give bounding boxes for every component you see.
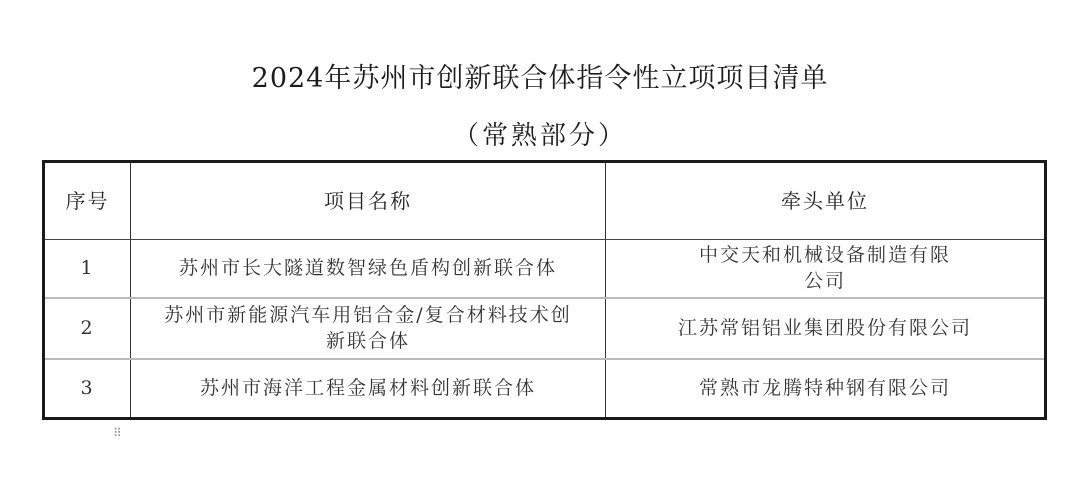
table-row: 1 苏州市长大隧道数智绿色盾构创新联合体 中交天和机械设备制造有限公司 — [44, 240, 1046, 298]
row-lead-unit: 中交天和机械设备制造有限公司 — [606, 240, 1046, 298]
lead-unit-text: 常熟市龙腾特种钢有限公司 — [699, 375, 951, 401]
row-serial-number: 2 — [44, 298, 131, 359]
header-project-name: 项目名称 — [131, 162, 606, 240]
table-row: 3 苏州市海洋工程金属材料创新联合体 常熟市龙腾特种钢有限公司 — [44, 359, 1046, 419]
row-lead-unit: 常熟市龙腾特种钢有限公司 — [606, 359, 1046, 419]
row-serial-number: 3 — [44, 359, 131, 419]
project-name-text: 苏州市新能源汽车用铝合金/复合材料技术创新联合体 — [158, 302, 578, 354]
row-project-name: 苏州市长大隧道数智绿色盾构创新联合体 — [131, 240, 606, 298]
project-name-text: 苏州市长大隧道数智绿色盾构创新联合体 — [179, 255, 557, 281]
lead-unit-text: 中交天和机械设备制造有限公司 — [690, 242, 960, 294]
header-lead-unit: 牵头单位 — [606, 162, 1046, 240]
table-header-row: 序号 项目名称 牵头单位 — [44, 162, 1046, 240]
document-title: 2024年苏州市创新联合体指令性立项项目清单 — [0, 56, 1080, 95]
table-row: 2 苏州市新能源汽车用铝合金/复合材料技术创新联合体 江苏常铝铝业集团股份有限公… — [44, 298, 1046, 359]
row-serial-number: 1 — [44, 240, 131, 298]
row-project-name: 苏州市新能源汽车用铝合金/复合材料技术创新联合体 — [131, 298, 606, 359]
drag-handle-icon[interactable]: ⠿ — [113, 426, 123, 440]
row-lead-unit: 江苏常铝铝业集团股份有限公司 — [606, 298, 1046, 359]
document-subtitle: （常熟部分） — [0, 115, 1080, 152]
lead-unit-text: 江苏常铝铝业集团股份有限公司 — [678, 315, 972, 341]
header-serial-number: 序号 — [44, 162, 131, 240]
row-project-name: 苏州市海洋工程金属材料创新联合体 — [131, 359, 606, 419]
project-list-table: 序号 项目名称 牵头单位 1 苏州市长大隧道数智绿色盾构创新联合体 中交天和机械… — [42, 160, 1047, 420]
project-name-text: 苏州市海洋工程金属材料创新联合体 — [200, 375, 536, 401]
